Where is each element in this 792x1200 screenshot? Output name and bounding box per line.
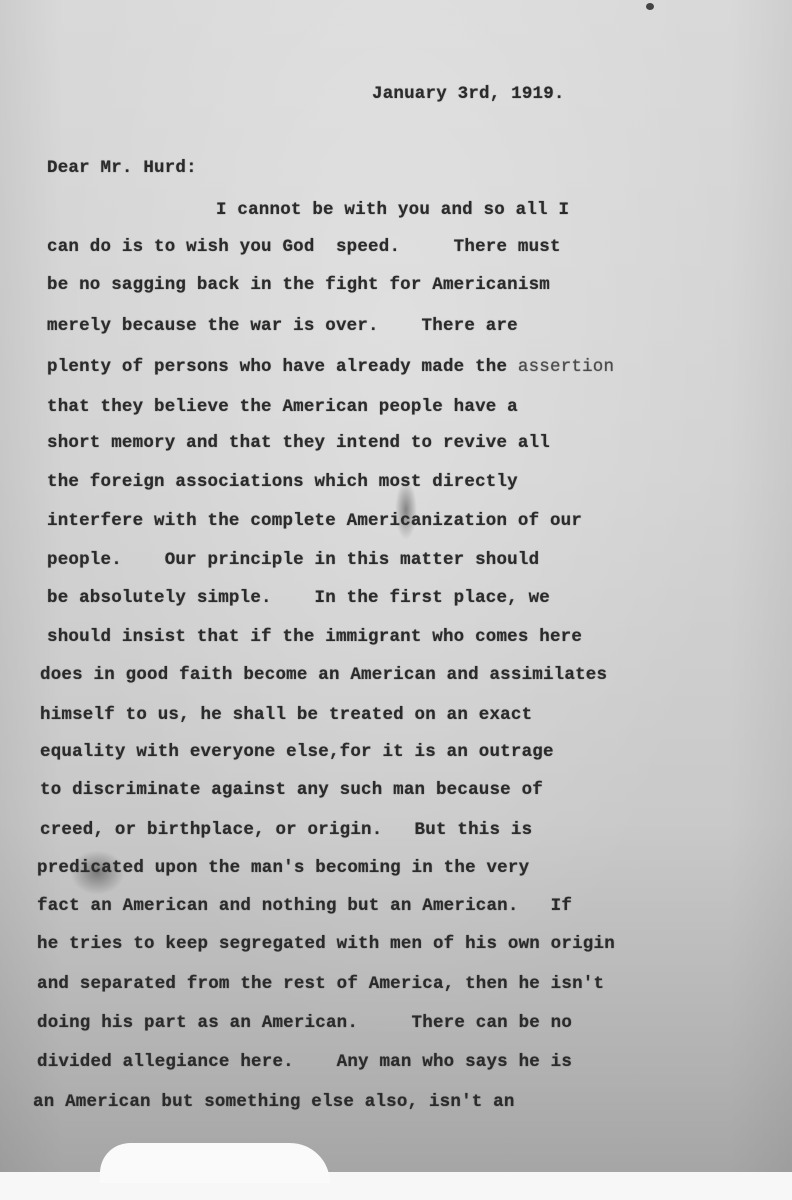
- letter-page: January 3rd, 1919. Dear Mr. Hurd: I cann…: [0, 0, 792, 1175]
- letter-salutation: Dear Mr. Hurd:: [47, 158, 197, 178]
- letter-line: predicated upon the man's becoming in th…: [37, 858, 529, 878]
- letter-line: I cannot be with you and so all I: [216, 200, 569, 220]
- letter-line: an American but something else also, isn…: [33, 1092, 515, 1112]
- letter-line: people. Our principle in this matter sho…: [47, 550, 539, 570]
- letter-line: be absolutely simple. In the first place…: [47, 588, 550, 608]
- letter-line: fact an American and nothing but an Amer…: [37, 896, 572, 916]
- letter-line: divided allegiance here. Any man who say…: [37, 1052, 572, 1072]
- letter-line: he tries to keep segregated with men of …: [37, 934, 615, 954]
- torn-paper-edge: [100, 1143, 330, 1183]
- letter-line: and separated from the rest of America, …: [37, 974, 604, 994]
- letter-line: does in good faith become an American an…: [40, 665, 607, 685]
- letter-body: January 3rd, 1919. Dear Mr. Hurd: I cann…: [0, 0, 792, 1175]
- letter-line: creed, or birthplace, or origin. But thi…: [40, 820, 532, 840]
- letter-line: doing his part as an American. There can…: [37, 1013, 572, 1033]
- letter-date: January 3rd, 1919.: [372, 84, 565, 104]
- letter-line: merely because the war is over. There ar…: [47, 316, 518, 336]
- letter-line: the foreign associations which most dire…: [47, 472, 518, 492]
- letter-line: can do is to wish you God speed. There m…: [47, 237, 561, 257]
- letter-line: should insist that if the immigrant who …: [47, 627, 582, 647]
- letter-line: plenty of persons who have already made …: [47, 357, 614, 377]
- letter-line: himself to us, he shall be treated on an…: [40, 705, 532, 725]
- letter-line: be no sagging back in the fight for Amer…: [47, 275, 550, 295]
- letter-line: interfere with the complete Americanizat…: [47, 511, 582, 531]
- letter-line-suffix: assertion: [507, 357, 614, 377]
- letter-line: to discriminate against any such man bec…: [40, 780, 543, 800]
- letter-line: that they believe the American people ha…: [47, 397, 518, 417]
- letter-line: equality with everyone else,for it is an…: [40, 742, 554, 762]
- letter-line: short memory and that they intend to rev…: [47, 433, 550, 453]
